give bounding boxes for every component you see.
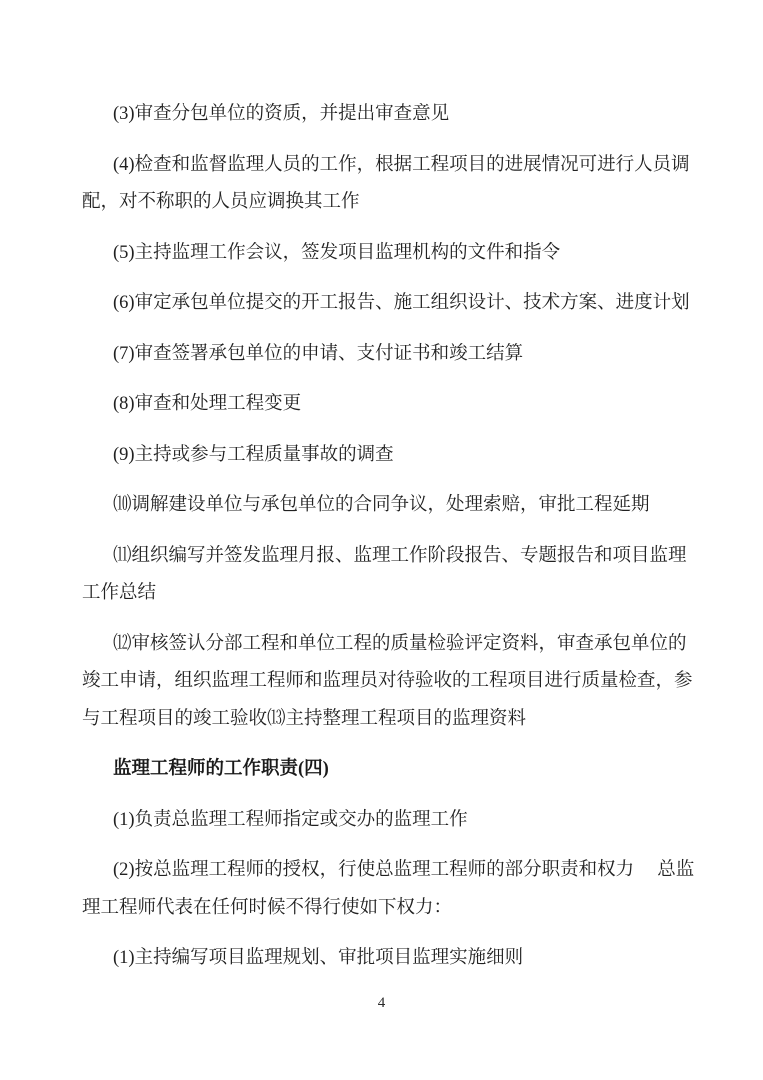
page-number: 4 bbox=[0, 994, 763, 1012]
paragraph-item-9: (9)主持或参与工程质量事故的调查 bbox=[82, 437, 698, 475]
paragraph-item-3: (3)审查分包单位的资质，并提出审查意见 bbox=[82, 96, 698, 134]
paragraph-item-10: ⑽调解建设单位与承包单位的合同争议，处理索赔，审批工程延期 bbox=[82, 487, 698, 525]
paragraph-item-6: (6)审定承包单位提交的开工报告、施工组织设计、技术方案、进度计划 bbox=[82, 285, 698, 323]
paragraph-item-8: (8)审查和处理工程变更 bbox=[82, 386, 698, 424]
paragraph-item-5: (5)主持监理工作会议，签发项目监理机构的文件和指令 bbox=[82, 235, 698, 273]
paragraph-item-4: (4)检查和监督监理人员的工作，根据工程项目的进展情况可进行人员调配，对不称职的… bbox=[82, 147, 698, 222]
document-content: (3)审查分包单位的资质，并提出审查意见 (4)检查和监督监理人员的工作，根据工… bbox=[82, 96, 698, 991]
section-heading: 监理工程师的工作职责(四) bbox=[82, 751, 698, 789]
paragraph-item-1b: (1)主持编写项目监理规划、审批项目监理实施细则 bbox=[82, 940, 698, 978]
document-page: (3)审查分包单位的资质，并提出审查意见 (4)检查和监督监理人员的工作，根据工… bbox=[0, 0, 763, 1080]
paragraph-item-11: ⑾组织编写并签发监理月报、监理工作阶段报告、专题报告和项目监理工作总结 bbox=[82, 538, 698, 613]
paragraph-item-1: (1)负责总监理工程师指定或交办的监理工作 bbox=[82, 802, 698, 840]
paragraph-item-7: (7)审查签署承包单位的申请、支付证书和竣工结算 bbox=[82, 336, 698, 374]
paragraph-item-2: (2)按总监理工程师的授权，行使总监理工程师的部分职责和权力 总监理工程师代表在… bbox=[82, 852, 698, 927]
paragraph-item-12-13: ⑿审核签认分部工程和单位工程的质量检验评定资料，审查承包单位的竣工申请，组织监理… bbox=[82, 626, 698, 739]
